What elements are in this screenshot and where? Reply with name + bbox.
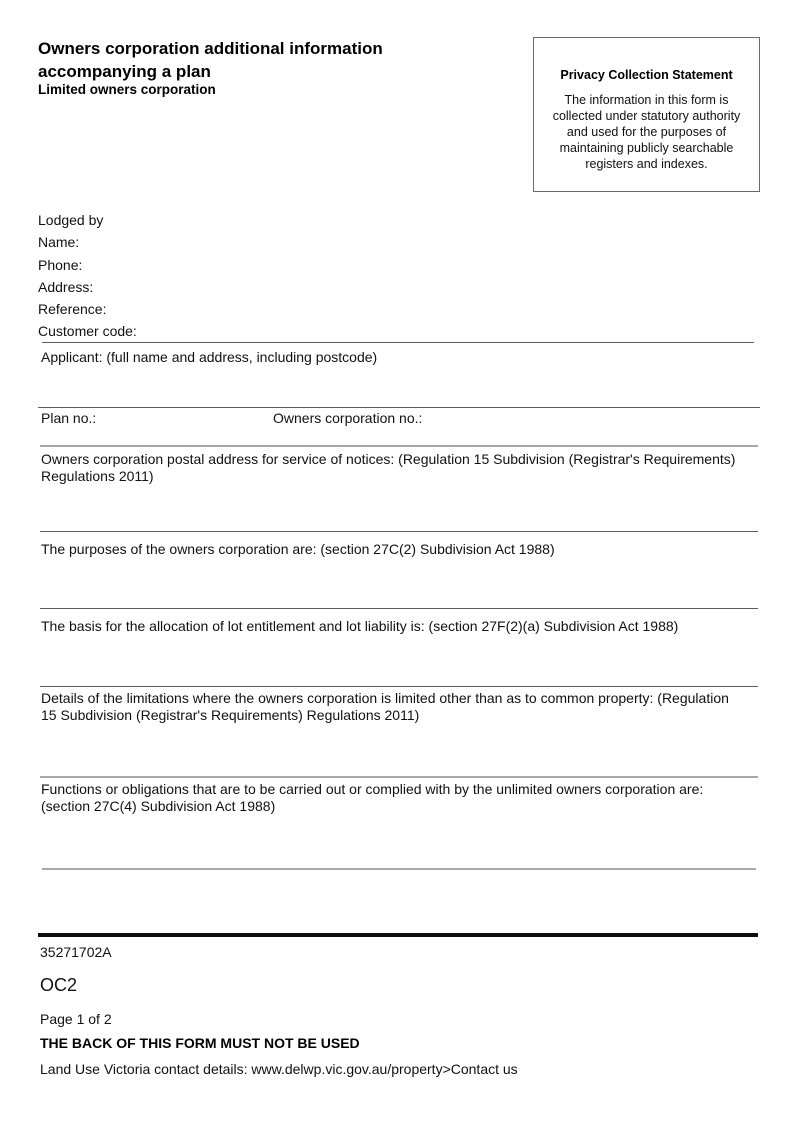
lodged-by-section: Lodged by Name: Phone: Address: Referenc… [38, 209, 137, 343]
privacy-statement-box: Privacy Collection Statement The informa… [533, 37, 760, 192]
contact-details: Land Use Victoria contact details: www.d… [40, 1061, 518, 1077]
lodged-reference-label: Reference: [38, 298, 137, 320]
divider [40, 531, 758, 532]
divider [40, 686, 758, 687]
functions-obligations-label: Functions or obligations that are to be … [41, 781, 753, 815]
divider [42, 868, 756, 870]
divider [40, 445, 758, 447]
privacy-body: The information in this form is collecte… [542, 92, 752, 172]
lodged-name-label: Name: [38, 231, 137, 253]
footer-divider [38, 933, 758, 937]
lodged-address-label: Address: [38, 276, 137, 298]
limitations-label: Details of the limitations where the own… [41, 690, 741, 724]
divider [40, 776, 758, 778]
purposes-label: The purposes of the owners corporation a… [41, 541, 555, 558]
page-number: Page 1 of 2 [40, 1011, 112, 1027]
lodged-customer-code-label: Customer code: [38, 320, 137, 342]
lot-entitlement-basis-label: The basis for the allocation of lot enti… [41, 618, 678, 635]
form-code: 35271702A [40, 944, 112, 960]
privacy-title: Privacy Collection Statement [534, 68, 759, 82]
postal-address-label: Owners corporation postal address for se… [41, 451, 741, 485]
form-subtitle: Limited owners corporation [38, 82, 216, 97]
form-id: OC2 [40, 975, 77, 996]
plan-no-label: Plan no.: [41, 410, 96, 427]
owners-corporation-no-label: Owners corporation no.: [273, 410, 422, 427]
back-of-form-warning: THE BACK OF THIS FORM MUST NOT BE USED [40, 1035, 360, 1051]
divider [40, 608, 758, 609]
divider [38, 407, 760, 408]
divider [42, 342, 754, 343]
form-title: Owners corporation additional informatio… [38, 37, 478, 83]
lodged-by-heading: Lodged by [38, 209, 137, 231]
lodged-phone-label: Phone: [38, 254, 137, 276]
applicant-label: Applicant: (full name and address, inclu… [41, 349, 377, 366]
